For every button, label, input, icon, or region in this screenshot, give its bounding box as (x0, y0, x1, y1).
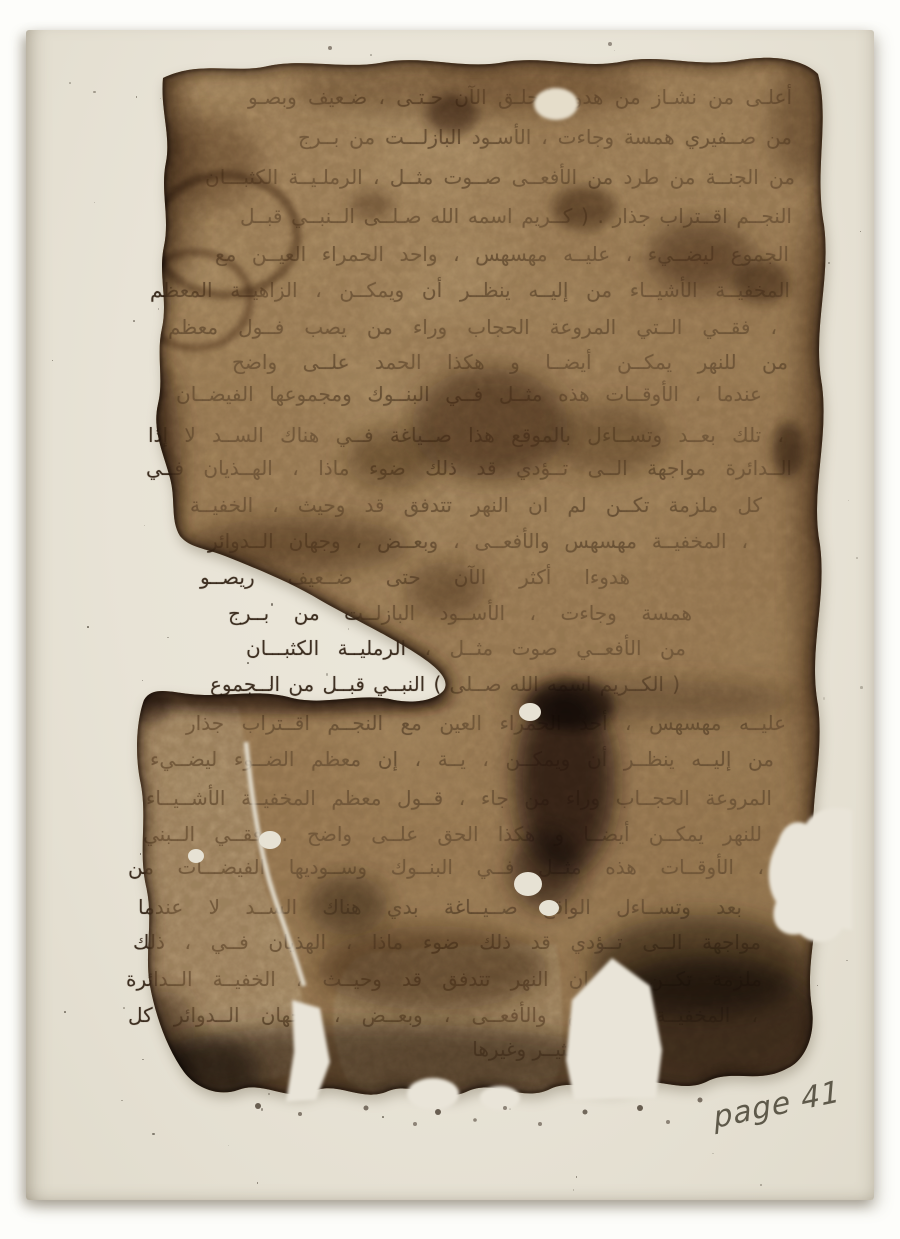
manuscript-line-8: من للنهر يمكــن أيضــا و هكذا الحمد علــ… (232, 349, 788, 375)
manuscript-line-11: الــدائرة مواجهة الــى تــؤدي قد ذلك ضوء… (146, 455, 792, 481)
manuscript-line-24: مواجهة الــى تــؤدي قد ذلك ضوء ماذا ، ال… (133, 929, 761, 955)
manuscript-line-5: الجموع ليضــيء ، عليــه مهسهس ، واحد الح… (215, 241, 789, 267)
manuscript-text-layer: أعلـى من نشـاز من هدوء ليحلـق الآن حـتـى… (0, 0, 900, 1239)
manuscript-line-19: من إليــه ينظــر أن ويمكــن ، يــة ، إن … (150, 746, 774, 772)
manuscript-line-3: من الجنــة من طرد من الأفعــى صــوت مثــ… (205, 164, 795, 190)
manuscript-line-25: ملزمة تكــن لم ان النهر تتدفق قد وحيــث … (126, 966, 762, 992)
manuscript-line-17: ( الكــريم اسمه الله صــلى ) النبــي قبـ… (210, 671, 680, 697)
manuscript-line-10: ، تلك بعــد وتســاءل بالموقع هذا صــياغة… (148, 422, 784, 448)
manuscript-line-26: ، المخفيــة مهينهس والأفعــى ، وبعــض ، … (128, 1002, 758, 1028)
manuscript-line-20: المروعة الحجــاب وراء من جاء ، قــول معظ… (146, 785, 772, 811)
manuscript-line-27: الكثيــر وغيرها (430, 1036, 590, 1062)
photo-canvas: أعلـى من نشـاز من هدوء ليحلـق الآن حـتـى… (0, 0, 900, 1239)
manuscript-line-2: من صــفيري همسة وجاءت ، الأسـود البازلــ… (298, 124, 792, 150)
manuscript-line-16: من الأفعــي صوت مثــل ، الرمليــة الكثبـ… (246, 635, 686, 661)
manuscript-line-23: بعد وتســاءل الواقع صــيــاغة بدي هناك ا… (138, 894, 742, 920)
manuscript-line-12: كل ملزمة تكــن لم ان النهر تتدفق قد وحيث… (190, 492, 762, 518)
manuscript-line-7: ، فقــي الــتي المروعة الحجاب وراء من يص… (168, 314, 777, 340)
manuscript-line-4: النجــم اقــتراب جذار . ( كــريم اسمه ال… (240, 203, 792, 229)
manuscript-line-18: عليــه مهسهس ، أحد الحمراء العين مع النج… (186, 710, 786, 736)
manuscript-line-1: أعلـى من نشـاز من هدوء ليحلـق الآن حـتـى… (248, 84, 792, 110)
manuscript-line-21: للنهر يمكــن أيضــا و هكذا الحق علــى وا… (143, 821, 762, 847)
manuscript-line-15: همسة وجاءت ، الأســود البازلــت من بــرج (228, 600, 692, 626)
manuscript-line-14: هدوءا أكثر الآن حتى ضــعيف ريصــو (200, 564, 630, 590)
manuscript-line-9: عندما ، الأوقــات هذه مثــل فــي البنــو… (176, 381, 762, 407)
manuscript-line-13: ، المخفيــة مهسهس والأفعــى ، وبعــض ، و… (208, 528, 748, 554)
manuscript-line-22: ، الأوقــات هذه مثــل فــي البنــوك وســ… (128, 854, 764, 880)
manuscript-line-6: المخفيــة الأشيــاء من إليــه ينظــر أن … (150, 277, 790, 303)
